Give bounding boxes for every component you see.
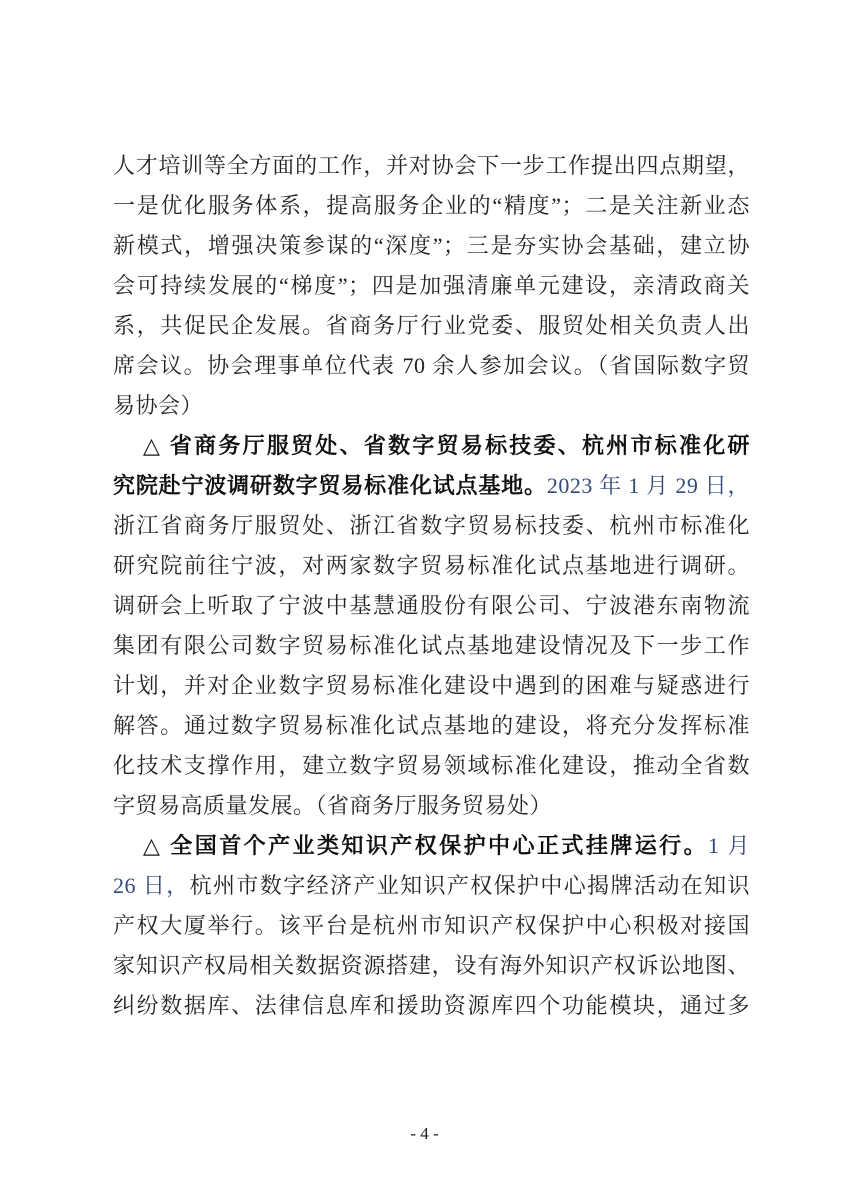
text-line: 产权大厦举行。该平台是杭州市知识产权保护中心积极对接国 <box>113 906 750 946</box>
text-line: 系，共促民企发展。省商务厅行业党委、服贸处相关负责人出 <box>113 306 750 346</box>
date-text: 26 日， <box>113 873 190 898</box>
date-text: 1 月 <box>708 833 750 858</box>
document-body: 人才培训等全方面的工作，并对协会下一步工作提出四点期望， 一是优化服务体系，提高… <box>113 146 750 1026</box>
text-line: 席会议。协会理事单位代表 70 余人参加会议。（省国际数字贸 <box>113 346 750 386</box>
text-line: 新模式，增强决策参谋的“深度”；三是夯实协会基础，建立协 <box>113 226 750 266</box>
text-line: 解答。通过数字贸易标准化试点基地的建设，将充分发挥标准 <box>113 706 750 746</box>
section-heading: △ 省商务厅服贸处、省数字贸易标技委、杭州市标准化研 <box>113 426 750 466</box>
text-line: 家知识产权局相关数据资源搭建，设有海外知识产权诉讼地图、 <box>113 946 750 986</box>
text-line: 研究院前往宁波，对两家数字贸易标准化试点基地进行调研。 <box>113 546 750 586</box>
text-line: 究院赴宁波调研数字贸易标准化试点基地。2023 年 1 月 29 日， <box>113 466 750 506</box>
paragraph-end-line: 字贸易高质量发展。（省商务厅服务贸易处） <box>113 786 750 826</box>
text-line: 浙江省商务厅服贸处、浙江省数字贸易标技委、杭州市标准化 <box>113 506 750 546</box>
text-line: 调研会上听取了宁波中基慧通股份有限公司、宁波港东南物流 <box>113 586 750 626</box>
section-heading-continued: 究院赴宁波调研数字贸易标准化试点基地。 <box>113 473 547 498</box>
text-line: 人才培训等全方面的工作，并对协会下一步工作提出四点期望， <box>113 146 750 186</box>
text-line: 计划，并对企业数字贸易标准化建设中遇到的困难与疑惑进行 <box>113 666 750 706</box>
page-footer: - 4 - <box>0 1121 849 1147</box>
text-line: 化技术支撑作用，建立数字贸易领域标准化建设，推动全省数 <box>113 746 750 786</box>
scanned-document-page: 人才培训等全方面的工作，并对协会下一步工作提出四点期望， 一是优化服务体系，提高… <box>0 0 849 1200</box>
page-number: - 4 - <box>410 1124 438 1143</box>
body-text: 杭州市数字经济产业知识产权保护中心揭牌活动在知识 <box>190 873 750 898</box>
text-line: 26 日，杭州市数字经济产业知识产权保护中心揭牌活动在知识 <box>113 866 750 906</box>
text-line: 会可持续发展的“梯度”；四是加强清廉单元建设，亲清政商关 <box>113 266 750 306</box>
date-text: 2023 年 1 月 29 日， <box>547 473 750 498</box>
paragraph-end-line: 易协会） <box>113 386 750 426</box>
section-heading: △ 全国首个产业类知识产权保护中心正式挂牌运行。 <box>143 833 708 858</box>
text-line: 纠纷数据库、法律信息库和援助资源库四个功能模块，通过多 <box>113 986 750 1026</box>
text-line: 一是优化服务体系，提高服务企业的“精度”；二是关注新业态 <box>113 186 750 226</box>
text-line: △ 全国首个产业类知识产权保护中心正式挂牌运行。1 月 <box>113 826 750 866</box>
text-line: 集团有限公司数字贸易标准化试点基地建设情况及下一步工作 <box>113 626 750 666</box>
